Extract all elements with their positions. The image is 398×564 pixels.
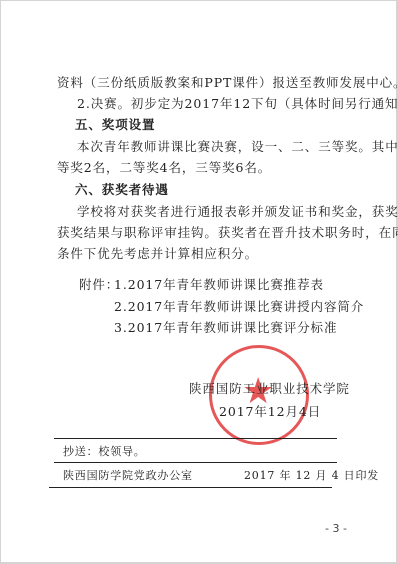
divider xyxy=(54,438,337,439)
body-line: 资料（三份纸质版教案和PPT课件）报送至教师发展中心。 xyxy=(57,75,398,91)
issue-date: 2017 年 12 月 4 日印发 xyxy=(244,468,379,484)
signature-org: 陕西国防工业职业技术学院 xyxy=(189,381,350,397)
attachment-item: 2.2017年青年教师讲课比赛讲授内容简介 xyxy=(114,299,364,315)
section-heading-benefits: 六、获奖者待遇 xyxy=(75,182,169,198)
paragraph-line: 条件下优先考虑并计算相应积分。 xyxy=(57,246,258,262)
page-number: - 3 - xyxy=(325,522,347,535)
document-page: 资料（三份纸质版教案和PPT课件）报送至教师发展中心。 2.决赛。初步定为201… xyxy=(1,1,396,562)
attachment-item: 1.2017年青年教师讲课比赛推荐表 xyxy=(114,277,324,293)
attachment-item: 3.2017年青年教师讲课比赛评分标准 xyxy=(114,320,337,336)
divider xyxy=(54,462,337,463)
body-line: 2.决赛。初步定为2017年12下旬（具体时间另行通知）。 xyxy=(77,96,398,112)
cc-line: 抄送：校领导。 xyxy=(63,444,146,460)
paragraph-line: 等奖2名，二等奖4名，三等奖6名。 xyxy=(57,160,271,176)
divider xyxy=(49,487,332,488)
paragraph-line: 学校将对获奖者进行通报表彰并颁发证书和奖金，获奖者 xyxy=(77,204,398,220)
paragraph-line: 获奖结果与职称评审挂钩。获奖者在晋升技术职务时，在同等 xyxy=(57,225,398,241)
issuer: 陕西国防学院党政办公室 xyxy=(63,468,193,484)
section-heading-awards: 五、奖项设置 xyxy=(75,117,155,133)
paragraph-line: 本次青年教师讲课比赛决赛，设一、二、三等奖。其中一 xyxy=(77,139,398,155)
signature-date: 2017年12月4日 xyxy=(219,404,321,420)
